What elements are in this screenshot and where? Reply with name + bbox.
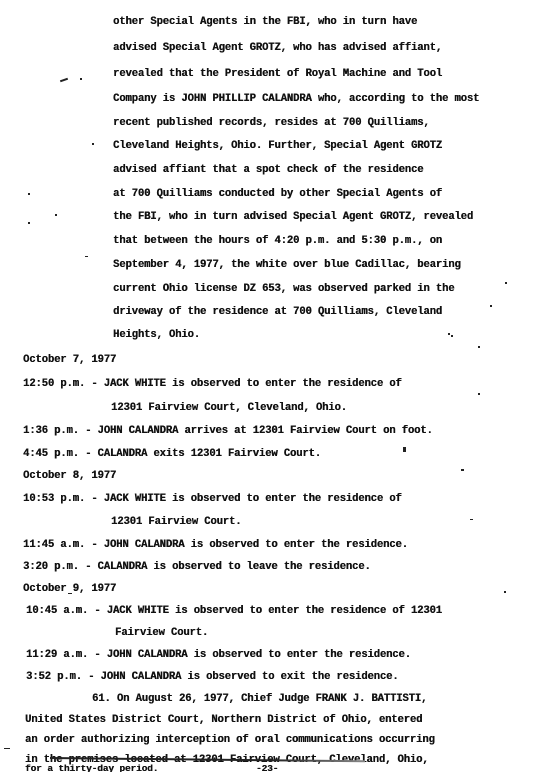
scan-speck [478,346,480,348]
log-date: October 7, 1977 [23,353,116,367]
scan-speck [28,222,30,224]
log-entry: 3:20 p.m. - CALANDRA is observed to leav… [23,560,371,574]
scan-speck [448,333,450,335]
log-entry: 4:45 p.m. - CALANDRA exits 12301 Fairvie… [23,447,321,461]
scan-speck [92,143,94,145]
text-line: recent published records, resides at 700… [113,116,430,130]
text-line: advised affiant that a spot check of the… [113,163,423,177]
text-line: other Special Agents in the FBI, who in … [113,15,417,29]
scan-speck [504,591,506,593]
log-entry-continuation: 12301 Fairview Court, Cleveland, Ohio. [111,401,347,415]
scan-speck [505,282,507,284]
scan-speck [451,335,453,337]
text-line: current Ohio license DZ 653, was observe… [113,282,454,296]
scan-speck [55,214,57,216]
text-line: September 4, 1977, the white over blue C… [113,258,461,272]
log-entry: 10:45 a.m. - JACK WHITE is observed to e… [26,604,442,618]
text-line: revealed that the President of Royal Mac… [113,67,442,81]
log-entry: 12:50 p.m. - JACK WHITE is observed to e… [23,377,402,391]
text-line: Cleveland Heights, Ohio. Further, Specia… [113,139,442,153]
text-line: driveway of the residence at 700 Quillia… [113,305,442,319]
page-number: -23- [256,762,278,772]
scan-speck [68,593,72,594]
log-entry: 11:45 a.m. - JOHN CALANDRA is observed t… [23,538,408,552]
log-entry: 10:53 p.m. - JACK WHITE is observed to e… [23,492,402,506]
log-entry-continuation: Fairview Court. [115,626,208,640]
text-line: United States District Court, Northern D… [25,713,422,727]
text-line: at 700 Quilliams conducted by other Spec… [113,187,442,201]
log-entry: 11:29 a.m. - JOHN CALANDRA is observed t… [26,648,411,662]
log-date: October 8, 1977 [23,469,116,483]
scan-speck [60,78,68,83]
log-entry: 3:52 p.m. - JOHN CALANDRA is observed to… [26,670,398,684]
text-line: that between the hours of 4:20 p.m. and … [113,234,442,248]
text-line: the FBI, who in turn advised Special Age… [113,210,473,224]
text-line: 61. On August 26, 1977, Chief Judge FRAN… [92,692,427,706]
scan-speck [403,447,406,452]
text-line: an order authorizing interception of ora… [25,733,435,747]
scan-speck [4,748,10,749]
text-line: advised Special Agent GROTZ, who has adv… [113,41,442,55]
scan-speck [470,519,473,520]
text-line: Heights, Ohio. [113,328,200,342]
log-entry: 1:36 p.m. - JOHN CALANDRA arrives at 123… [23,424,433,438]
scan-speck [80,78,82,80]
text-line: Company is JOHN PHILLIP CALANDRA who, ac… [113,92,479,106]
scan-speck [461,469,464,471]
text-line: for a thirty-day period. [25,762,158,772]
scan-speck [478,393,480,395]
scan-speck [28,193,30,195]
scan-speck [85,256,88,257]
log-entry-continuation: 12301 Fairview Court. [111,515,241,529]
document-page: other Special Agents in the FBI, who in … [0,0,534,772]
scan-speck [490,305,492,307]
